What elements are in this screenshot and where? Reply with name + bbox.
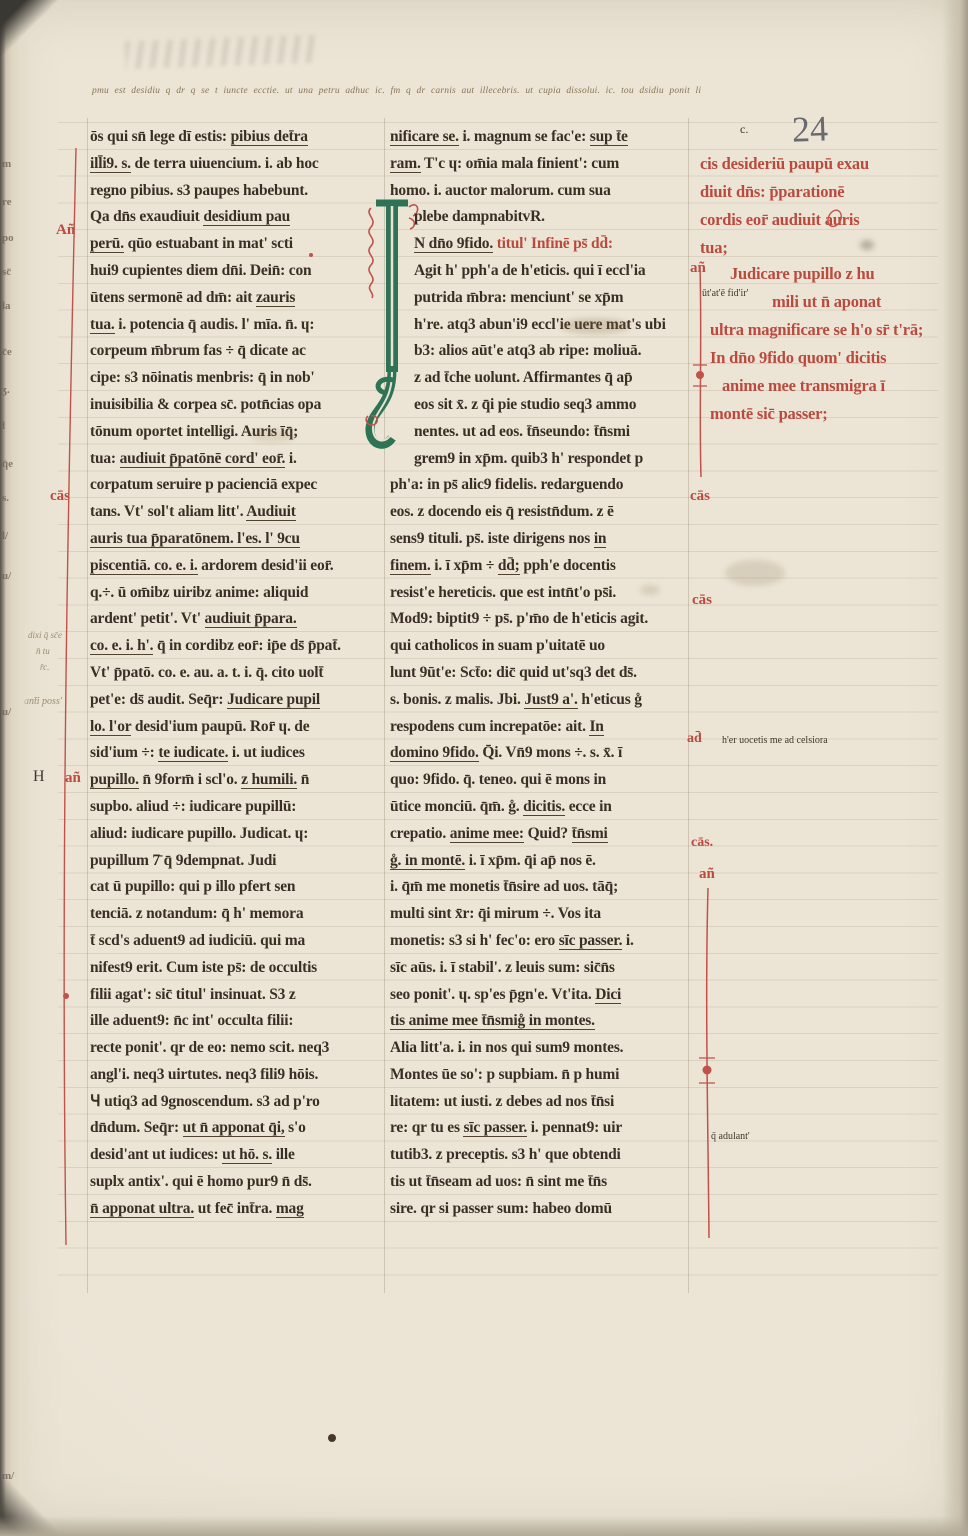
- text-line: suplx antix'. qui ē homo pur9 n̄ ds̄.: [90, 1169, 390, 1196]
- stain: [250, 430, 296, 442]
- left-antiphon-mark: Añ: [56, 222, 75, 239]
- column-boundary-left: [87, 118, 88, 1293]
- text-line: Montes ūe so': p supbiam. n̄ p humi: [390, 1062, 690, 1089]
- text-line: N dn̄o 9fido. titul' Infinē ps̄ dd̄:: [390, 231, 690, 258]
- text-line: ille aduent9: n̄c int' occulta filii:: [90, 1008, 390, 1035]
- text-line: tis anime mee t̄n̄smig̊ in montes.: [390, 1008, 690, 1035]
- rubric-line: montē sic̄ passer;: [710, 400, 923, 428]
- ink-showthrough: [125, 35, 316, 70]
- rubric-line: Judicare pupillo z hu: [710, 260, 923, 288]
- text-line: dn̄dum. Seq̄r: ut n̄ apponat q̄i, s'o: [90, 1115, 390, 1142]
- text-line: Qa dn̄s exaudiuit desidium pau: [90, 204, 390, 231]
- text-line: domino 9fido. Q̄i. Vn̄9 mons ÷. s. x̄. ī: [390, 740, 690, 767]
- antiphon-gloss: ūt'at'ē fid'ir': [702, 288, 748, 299]
- text-line: ardent' petit'. Vt' audiuit p̄para.: [90, 606, 390, 633]
- ink-blot: [328, 1434, 336, 1442]
- text-line: litatem: ut iusti. z debes ad nos t̄n̄si: [390, 1089, 690, 1116]
- edge-fragment: ʒ.: [2, 384, 10, 396]
- text-line: tis ut t̄n̄seam ad uos: n̄ sint me t̄n̄s: [390, 1169, 690, 1196]
- text-line: Vt' p̄patō. co. e. au. a. t. i. q̄. cito…: [90, 660, 390, 687]
- edge-fragment: u/: [2, 570, 11, 582]
- text-line: tōnum oportet intelligi. Auris īq̄;: [90, 419, 390, 446]
- rubric-line: cordis eor̄ audiuit auris: [700, 206, 869, 234]
- text-line: inuisibilia & corpea sc̄. potn̄cias opa: [90, 392, 390, 419]
- right-gloss-2: q̄ adulant': [711, 1131, 750, 1142]
- text-line: tans. Vt' sol't aliam litt'. Audiuit: [90, 499, 390, 526]
- text-line: b3: alios aūt'e atq3 ab ripe: moliuā.: [390, 338, 690, 365]
- text-line: perū. qūo estuabant in mat' scti: [90, 231, 390, 258]
- text-line: desid'ant ut iudices: ut hō. s. ille: [90, 1142, 390, 1169]
- text-line: piscentiā. co. e. i. ardorem desid'ii eo…: [90, 553, 390, 580]
- text-line: finem. i. ī xp̄m ÷ dd̄; pph'e docentis: [390, 553, 690, 580]
- text-line: Alia litt'a. i. in nos qui sum9 montes.: [390, 1035, 690, 1062]
- edge-fragment: la: [2, 300, 11, 312]
- text-line: cipe: s3 nōinatis menbris: q̄ in nob': [90, 365, 390, 392]
- rubric-line: In dn̄o 9fido quom' dicitis: [710, 344, 923, 372]
- left-h-mark: H: [33, 768, 45, 786]
- text-line: seo ponit'. ɥ. sp'es p̄gn'e. Vt'ita. Dic…: [390, 982, 690, 1009]
- text-line: multi sint x̄r: q̄i mirum ÷. Vos ita: [390, 901, 690, 928]
- text-line: corpatum seruire p pacienciā expec: [90, 472, 390, 499]
- text-line: Agit h' pph'a de h'eticis. qui ī eccl'ia: [390, 258, 690, 285]
- text-line: recte ponit'. qr de eo: nemo scit. neq3: [90, 1035, 390, 1062]
- stain: [860, 240, 874, 250]
- text-line: h're. atq3 abun'i9 eccl'ie uere mat's ub…: [390, 312, 690, 339]
- margin-antiphon-rubric: Judicare pupillo z humili ut n̄ aponatul…: [710, 260, 923, 428]
- text-line: tutib3. z preceptis. s3 h' que obtendi: [390, 1142, 690, 1169]
- text-line: nificare se. i. magnum se fac'e: sup t̄e: [390, 124, 690, 151]
- rubric-line: ultra magnificare se h'o sr̄ t'rā;: [710, 316, 923, 344]
- edge-fragment: po: [2, 232, 14, 244]
- antiphon-label: añ: [690, 260, 706, 277]
- text-line: aliud: iudicare pupillo. Judicat. ɥ:: [90, 821, 390, 848]
- text-line: regno pibius. s3 paupes habebunt.: [90, 178, 390, 205]
- text-line: sīc aūs. i. ī stabil'. z leuis sum: sic̄…: [390, 955, 690, 982]
- text-line: s. bonis. z malis. Jbi. Just9 a'. h'etic…: [390, 687, 690, 714]
- edge-fragment: u/: [2, 706, 11, 718]
- edge-fragment: c̄e: [2, 346, 12, 358]
- stain: [560, 318, 630, 334]
- page-edge-right: [942, 0, 968, 1536]
- text-line: lunt 9ūt'e: Sct̄o: dic̄ quid ut'sq3 det …: [390, 660, 690, 687]
- text-line: ph'a: in ps̄ alic9 fidelis. redarguendo: [390, 472, 690, 499]
- text-line: sens9 tituli. ps̄. iste dirigens nos in: [390, 526, 690, 553]
- text-line: n̄ apponat ultra. ut fec̄ int̄ra. mag: [90, 1196, 390, 1223]
- header-gloss: pmu est desidiu q dr q se t iuncte eccti…: [92, 86, 892, 96]
- text-line: filii agat': sic̄ titul' insinuat. S3 z: [90, 982, 390, 1009]
- margin-psalm-rubric: cis desideriū paupū exaudiuit dn̄s: p̄pa…: [700, 150, 869, 262]
- text-line: lo. l'or desid'ium paupū. Ror̄ ɥ. de: [90, 714, 390, 741]
- left-gloss-3: r̄c.: [40, 662, 49, 672]
- left-antiphon-mark-2: añ: [65, 770, 81, 787]
- right-casus-mark-2: cās: [692, 592, 712, 609]
- folio-letter: c.: [740, 122, 748, 137]
- text-line: pupillum 7̄ q̄ 9dempnat. Judi: [90, 848, 390, 875]
- text-line: i. q̄m̄ me monetis t̄n̄sire ad uos. tāq̄…: [390, 874, 690, 901]
- text-line: nifest9 erit. Cum iste ps̄: de occultis: [90, 955, 390, 982]
- text-line: z ad t̄che uolunt. Affirmantes q̄ ap̄: [390, 365, 690, 392]
- text-line: re: qr tu es sīc passer. i. pennat9: uir: [390, 1115, 690, 1142]
- text-line: respodens cum increpatōe: ait. In: [390, 714, 690, 741]
- text-line: hui9 cupientes diem dn̄i. Dein̄: con: [90, 258, 390, 285]
- edge-fragment: m: [2, 158, 11, 170]
- text-line: cat ū pupillo: qui p illo pfert sen: [90, 874, 390, 901]
- text-line: co. e. i. h'. q̄ in cordibz eor̄: ip̄e d…: [90, 633, 390, 660]
- text-line: ill̄i9. s. de terra uiuencium. i. ab hoc: [90, 151, 390, 178]
- photo-corner-shadow-tl: [0, 0, 70, 80]
- manuscript-photo: pmu est desidiu q dr q se t iuncte eccti…: [0, 0, 968, 1536]
- text-line: eos. z docendo eis q̄ resistn̄dum. z ē: [390, 499, 690, 526]
- text-line: tua. i. potencia q̄ audis. l' mīa. n̄. ɥ…: [90, 312, 390, 339]
- text-line: angl'i. neq3 uirtutes. neq3 fili9 hōis.: [90, 1062, 390, 1089]
- text-line: ōs qui sn̄ lege dī estis: pibius det̄ra: [90, 124, 390, 151]
- text-line: pet'e: ds̄ audit. Seq̄r: Judicare pupil: [90, 687, 390, 714]
- text-line: quo: 9fido. q̄. teneo. qui ē mons in: [390, 767, 690, 794]
- parchment-page: pmu est desidiu q dr q se t iuncte eccti…: [0, 0, 968, 1536]
- text-line: q.÷. ū om̄ibz uiribz anime: aliquid: [90, 580, 390, 607]
- text-line: Mod9: biptit9 ÷ ps̄. p'm̄o de h'eticis a…: [390, 606, 690, 633]
- text-column-1: ōs qui sn̄ lege dī estis: pibius det̄rai…: [90, 124, 390, 1223]
- stain: [640, 585, 660, 595]
- left-casus-mark: cās: [50, 488, 70, 505]
- text-line: putrida m̄bra: menciunt' se xp̄m: [390, 285, 690, 312]
- text-line: g̊. in montē. i. ī xp̄m. q̄i ap̄ nos ē.: [390, 848, 690, 875]
- text-line: ram. T'c ɥ: om̄ia mala finient': cum: [390, 151, 690, 178]
- folio-number: 24: [791, 107, 828, 150]
- text-line: plebe dampnabitvR.: [390, 204, 690, 231]
- rubric-line: cis desideriū paupū exau: [700, 150, 869, 178]
- text-line: sire. qr si passer sum: habeo domū: [390, 1196, 690, 1223]
- edge-fragment: re: [2, 196, 12, 208]
- text-line: nentes. ut ad eos. t̄n̄seundo: t̄n̄smi: [390, 419, 690, 446]
- left-gloss-2: n̄ tu: [36, 646, 50, 656]
- text-line: monetis: s3 si h' fec'o: ero sīc passer.…: [390, 928, 690, 955]
- edge-fragment: s.: [2, 492, 9, 504]
- text-line: homo. i. auctor malorum. cum sua: [390, 178, 690, 205]
- text-line: Ɥ utiq3 ad 9gnoscendum. s3 ad p'ro: [90, 1089, 390, 1116]
- rubric-line: tua;: [700, 234, 869, 262]
- binding-edge: [0, 0, 30, 1536]
- right-casus-mark-1: cās: [690, 488, 710, 505]
- text-line: supbo. aliud ÷: iudicare pupillū:: [90, 794, 390, 821]
- stain: [725, 560, 785, 586]
- text-line: sid'ium ÷: te iudicate. i. ut iudices: [90, 740, 390, 767]
- right-ad-mark: ad̄: [687, 731, 702, 747]
- text-line: ūtens sermonē ad dm̄: ait zauris: [90, 285, 390, 312]
- text-line: grem9 in xp̄m. quib3 h' respondet p: [390, 446, 690, 473]
- text-line: tenciā. z notandum: q̄ h' memora: [90, 901, 390, 928]
- text-line: pupillo. n̄ 9form̄ i scl'o. z humili. n̄: [90, 767, 390, 794]
- text-column-2: nificare se. i. magnum se fac'e: sup t̄e…: [390, 124, 690, 1223]
- rubric-line: diuit dn̄s: p̄parationē: [700, 178, 869, 206]
- right-gloss-1: h'er uocetis me ad celsiora: [722, 735, 828, 746]
- edge-fragment: l/: [2, 530, 8, 542]
- text-line: tua: audiuit p̄patōnē cord' eor̄. i.: [90, 446, 390, 473]
- rubric-line: anime mee transmigra ī: [710, 372, 923, 400]
- text-line: qui catholicos in suam p'uitatē uo: [390, 633, 690, 660]
- text-line: ūtice monciū. q̄m̄. g̊. dicitis. ecce in: [390, 794, 690, 821]
- text-line: corpeum m̄brum fas ÷ q̄ dicate ac: [90, 338, 390, 365]
- right-antiphon-mark: añ: [699, 866, 715, 883]
- text-line: auris tua p̄paratōnem. l'es. l' 9cu: [90, 526, 390, 553]
- page-edge-bottom: [0, 1516, 968, 1536]
- right-casus-mark-3: cās.: [691, 835, 713, 851]
- left-gloss-1: dixi q̄ sc̄e: [28, 630, 62, 640]
- text-line: eos sit x̄. z q̄i pie studio seq3 ammo: [390, 392, 690, 419]
- edge-fragment: l: [2, 420, 5, 432]
- edge-fragment: q̄e: [2, 458, 13, 470]
- edge-fragment: sc̄: [2, 266, 11, 278]
- text-line: t̄ scd's aduent9 ad iudiciū. qui ma: [90, 928, 390, 955]
- text-line: crepatio. anime mee: Quid? t̄n̄smi: [390, 821, 690, 848]
